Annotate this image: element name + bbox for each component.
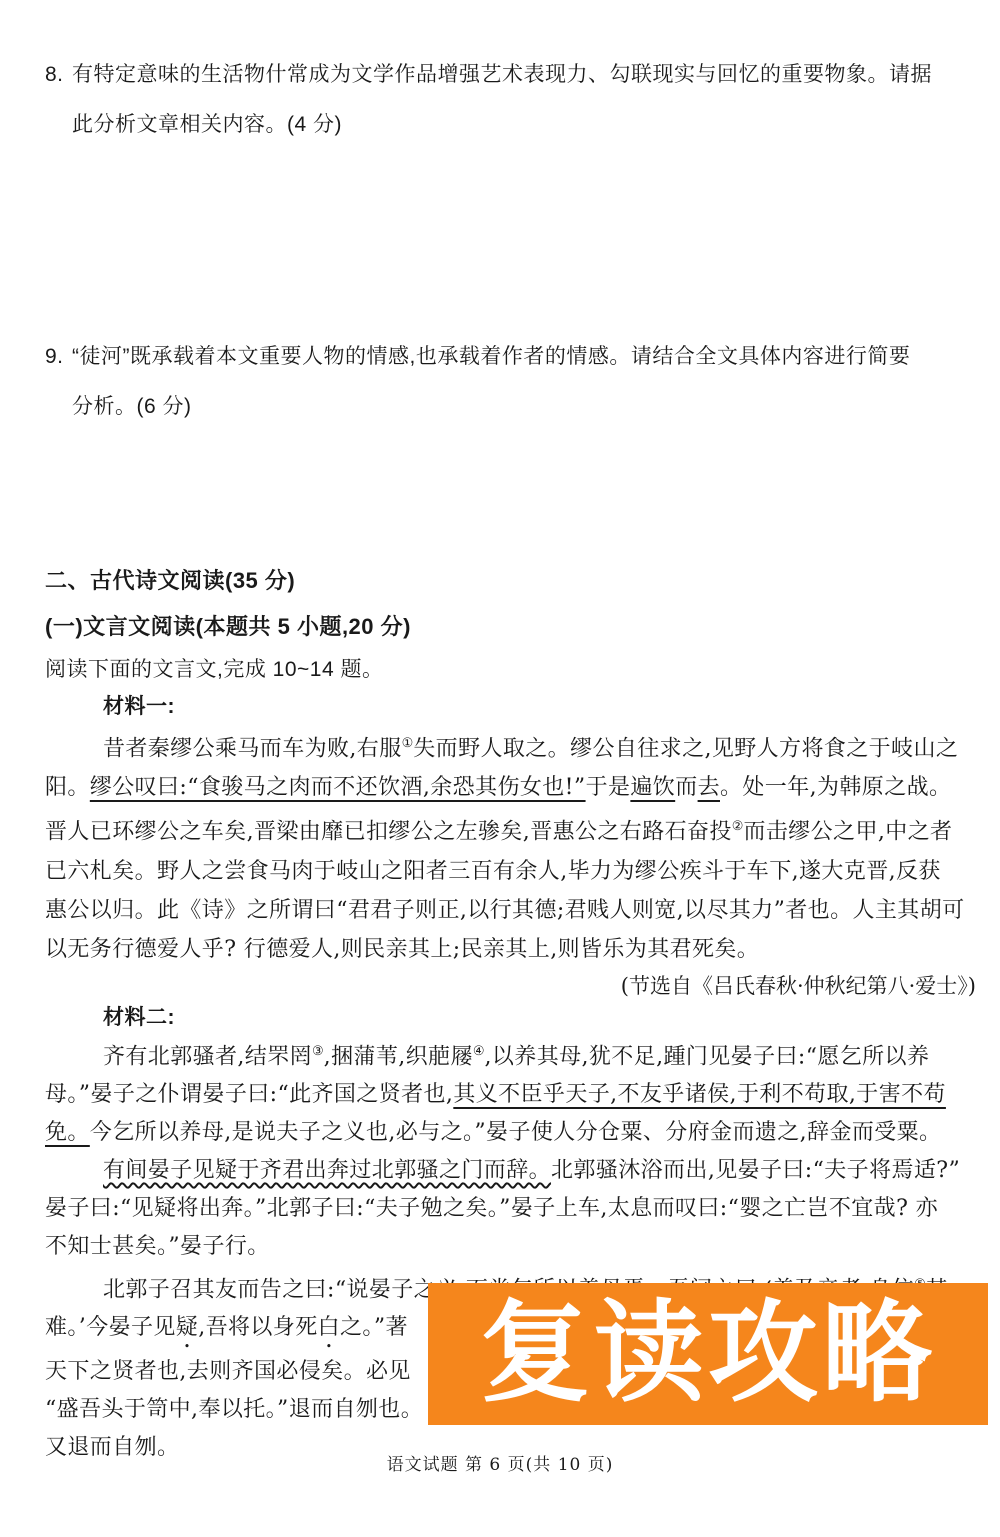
footnote-ref: ③ bbox=[312, 1044, 324, 1059]
text-line: 已六札矣。野人之尝食马肉于岐山之阳者三百有余人,毕力为缪公疾斗于车下,遂大克晋,… bbox=[45, 852, 990, 891]
text-segment: 其义不臣乎天子,不友乎诸侯,于利不苟取,于害不苟 bbox=[453, 1082, 946, 1107]
subsection-heading: (一)文言文阅读(本题共 5 小题,20 分) bbox=[45, 604, 990, 650]
text-segment: 之。”著 bbox=[340, 1315, 408, 1340]
watermark-text: 复读攻略 bbox=[480, 1299, 936, 1409]
text-segment: 缪公叹曰:“食骏马之肉而不还饮酒,余恐其伤女也!” bbox=[90, 775, 586, 800]
text-line: 晏子曰:“见疑将出奔。”北郭子曰:“夫子勉之矣。”晏子上车,太息而叹曰:“婴之亡… bbox=[45, 1190, 990, 1228]
text-segment: 晋人已环缪公之车矣,晋梁由靡已扣缪公之左骖矣,晋惠公之右路石奋投 bbox=[45, 820, 732, 845]
answer-space-q8 bbox=[45, 150, 990, 332]
text-line: “徒河”既承载着本文重要人物的情感,也承载着作者的情感。请结合全文具体内容进行简… bbox=[72, 332, 990, 382]
text-segment: 有特定意味的生活物什常成为文学作品增强艺术表现力、勾联现实与回忆的重要物象。请据 bbox=[72, 63, 932, 86]
document-body: 8.有特定意味的生活物什常成为文学作品增强艺术表现力、勾联现实与回忆的重要物象。… bbox=[45, 50, 990, 1467]
text-segment: 此分析文章相关内容。(4 分) bbox=[72, 113, 342, 136]
text-segment: 北郭骚沐浴而出,见晏子曰:“夫子将焉适?” bbox=[551, 1158, 960, 1183]
material-1-passage: 昔者秦缪公乘马而车为败,右服①失而野人取之。缪公自往求之,见野人方将食之于岐山之… bbox=[45, 724, 990, 969]
text-segment: 已六札矣。野人之尝食马肉于岐山之阳者三百有余人,毕力为缪公疾斗于车下,遂大克晋,… bbox=[45, 859, 941, 884]
text-line: 昔者秦缪公乘马而车为败,右服①失而野人取之。缪公自往求之,见野人方将食之于岐山之 bbox=[45, 724, 990, 768]
text-segment: 母。”晏子之仆谓晏子曰:“此齐国之贤者也, bbox=[45, 1082, 453, 1107]
reading-instruction: 阅读下面的文言文,完成 10~14 题。 bbox=[45, 650, 990, 690]
question-8: 8.有特定意味的生活物什常成为文学作品增强艺术表现力、勾联现实与回忆的重要物象。… bbox=[45, 50, 990, 150]
text-segment: 遍饮 bbox=[630, 775, 675, 800]
text-segment: 白 bbox=[318, 1315, 340, 1340]
footer-text: 语文试题 第 6 页(共 10 页) bbox=[387, 1455, 614, 1475]
text-line: 以无务行德爱人乎? 行德爱人,则民亲其上;民亲其上,则皆乐为其君死矣。 bbox=[45, 930, 990, 969]
text-segment: 惠公以归。此《诗》之所谓曰“君君子则正,以行其德;君贱人则宽,以尽其力”者也。人… bbox=[45, 898, 965, 923]
text-segment: 齐有北郭骚者,结罘罔 bbox=[103, 1044, 312, 1069]
section-heading: 二、古代诗文阅读(35 分) bbox=[45, 558, 990, 604]
question-number: 8. bbox=[45, 50, 64, 100]
text-segment: 昔者秦缪公乘马而车为败,右服 bbox=[103, 736, 402, 761]
text-line: 有特定意味的生活物什常成为文学作品增强艺术表现力、勾联现实与回忆的重要物象。请据 bbox=[72, 50, 990, 100]
question-9: 9.“徒河”既承载着本文重要人物的情感,也承载着作者的情感。请结合全文具体内容进… bbox=[45, 332, 990, 432]
text-segment: “盛吾头于笥中,奉以托。”退而自刎也。 bbox=[45, 1397, 423, 1422]
text-segment: 难。’今晏子见 bbox=[45, 1315, 176, 1340]
watermark-overlay: 复读攻略 bbox=[428, 1283, 988, 1425]
text-segment: 不知士甚矣。”晏子行。 bbox=[45, 1234, 270, 1259]
text-segment: 而 bbox=[675, 775, 697, 800]
text-segment: “徒河”既承载着本文重要人物的情感,也承载着作者的情感。请结合全文具体内容进行简… bbox=[72, 345, 910, 368]
material-1-label: 材料一: bbox=[45, 690, 990, 724]
footnote-ref: ④ bbox=[473, 1044, 485, 1059]
text-segment: ,吾将以身死 bbox=[198, 1315, 317, 1340]
page-footer: 语文试题 第 6 页(共 10 页) bbox=[0, 1450, 1000, 1475]
text-segment: ,以养其母,犹不足,踵门见晏子曰:“愿乞所以养 bbox=[485, 1044, 930, 1069]
material-1-source: (节选自《吕氏春秋·仲秋纪第八·爱士》) bbox=[45, 969, 990, 1003]
question-number: 9. bbox=[45, 332, 64, 382]
text-line: 分析。(6 分) bbox=[72, 382, 990, 432]
text-segment: 于是 bbox=[586, 775, 631, 800]
text-segment: 晏子曰:“见疑将出奔。”北郭子曰:“夫子勉之矣。”晏子上车,太息而叹曰:“婴之亡… bbox=[45, 1196, 938, 1221]
text-segment: 。处一年,为韩原之战。 bbox=[720, 775, 951, 800]
text-segment: 以无务行德爱人乎? 行德爱人,则民亲其上;民亲其上,则皆乐为其君死矣。 bbox=[45, 937, 759, 962]
text-line: 母。”晏子之仆谓晏子曰:“此齐国之贤者也,其义不臣乎天子,不友乎诸侯,于利不苟取… bbox=[45, 1076, 990, 1114]
footnote-ref: ② bbox=[732, 819, 744, 834]
answer-space-q9 bbox=[45, 432, 990, 558]
text-segment: 疑 bbox=[176, 1315, 198, 1340]
text-segment: 天下之贤者也,去则齐国必侵矣。必见 bbox=[45, 1359, 411, 1384]
text-line: 有间晏子见疑于齐君出奔过北郭骚之门而辞。北郭骚沐浴而出,见晏子曰:“夫子将焉适?… bbox=[45, 1152, 990, 1190]
material-2-label: 材料二: bbox=[45, 1003, 990, 1033]
text-line: 阳。缪公叹曰:“食骏马之肉而不还饮酒,余恐其伤女也!”于是遍饮而去。处一年,为韩… bbox=[45, 768, 990, 807]
text-line: 惠公以归。此《诗》之所谓曰“君君子则正,以行其德;君贱人则宽,以尽其力”者也。人… bbox=[45, 891, 990, 930]
text-segment: 失而野人取之。缪公自往求之,见野人方将食之于岐山之 bbox=[413, 736, 958, 761]
text-line: 此分析文章相关内容。(4 分) bbox=[72, 100, 990, 150]
text-segment: ,捆蒲苇,织萉屦 bbox=[324, 1044, 473, 1069]
text-segment: 而击缪公之甲,中之者 bbox=[743, 820, 952, 845]
text-segment: 免。 bbox=[45, 1120, 90, 1145]
text-line: 晋人已环缪公之车矣,晋梁由靡已扣缪公之左骖矣,晋惠公之右路石奋投②而击缪公之甲,… bbox=[45, 807, 990, 851]
text-segment: 阳。 bbox=[45, 775, 90, 800]
exam-page: 8.有特定意味的生活物什常成为文学作品增强艺术表现力、勾联现实与回忆的重要物象。… bbox=[0, 0, 1000, 1537]
text-segment: 去 bbox=[698, 775, 720, 800]
text-segment: 分析。(6 分) bbox=[72, 395, 192, 418]
text-line: 不知士甚矣。”晏子行。 bbox=[45, 1228, 990, 1266]
text-segment: 有间晏子见疑于齐君出奔过北郭骚之门而辞。 bbox=[103, 1158, 551, 1183]
text-line: 齐有北郭骚者,结罘罔③,捆蒲苇,织萉屦④,以养其母,犹不足,踵门见晏子曰:“愿乞… bbox=[45, 1033, 990, 1076]
text-line: 免。今乞所以养母,是说夫子之义也,必与之。”晏子使人分仓粟、分府金而遗之,辞金而… bbox=[45, 1114, 990, 1152]
text-segment: 今乞所以养母,是说夫子之义也,必与之。”晏子使人分仓粟、分府金而遗之,辞金而受粟… bbox=[90, 1120, 942, 1145]
footnote-ref: ① bbox=[402, 736, 414, 751]
